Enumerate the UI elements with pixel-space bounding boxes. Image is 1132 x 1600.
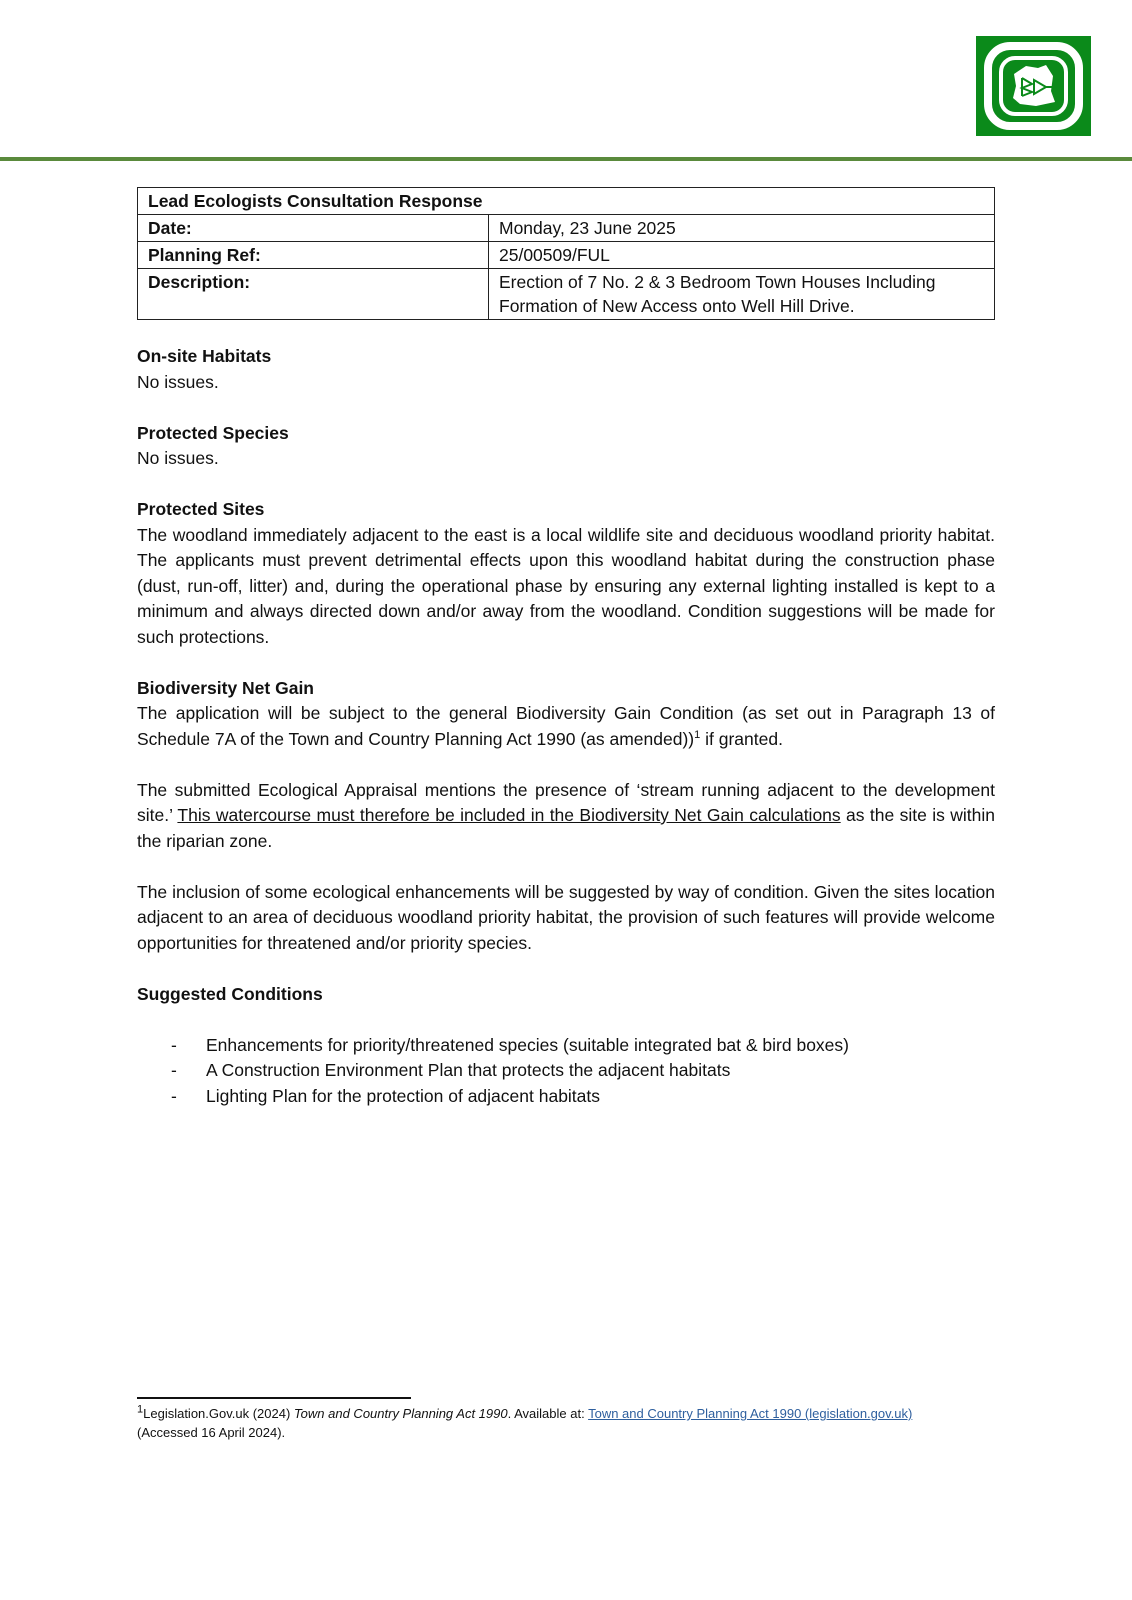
conditions-list: -Enhancements for priority/threatened sp… (137, 1033, 995, 1110)
section-heading: On-site Habitats (137, 344, 995, 370)
bng-paragraph-3: The inclusion of some ecological enhance… (137, 880, 995, 957)
list-item: -A Construction Environment Plan that pr… (137, 1058, 995, 1084)
legislation-link[interactable]: Town and Country Planning Act 1990 (legi… (588, 1406, 912, 1421)
list-item: -Enhancements for priority/threatened sp… (137, 1033, 995, 1059)
planning-ref-value: 25/00509/FUL (489, 242, 995, 269)
section-heading: Protected Species (137, 421, 995, 447)
date-value: Monday, 23 June 2025 (489, 215, 995, 242)
bng-p2-emphasis: This watercourse must therefore be inclu… (177, 805, 840, 825)
planning-ref-label: Planning Ref: (138, 242, 489, 269)
section-text: No issues. (137, 370, 995, 396)
section-protected-species: Protected Species No issues. (137, 421, 995, 472)
dash-bullet-icon: - (171, 1084, 177, 1110)
condition-text: A Construction Environment Plan that pro… (206, 1060, 730, 1080)
list-item: -Lighting Plan for the protection of adj… (137, 1084, 995, 1110)
bng-p1-end: if granted. (700, 729, 783, 749)
bng-p1-text: The application will be subject to the g… (137, 703, 995, 749)
footnote-available: . Available at: (508, 1406, 588, 1421)
table-title: Lead Ecologists Consultation Response (138, 188, 995, 215)
section-text: No issues. (137, 446, 995, 472)
footnote-line-1: 1Legislation.Gov.uk (2024) Town and Coun… (137, 1404, 995, 1423)
council-logo (976, 36, 1091, 136)
table-row: Date: Monday, 23 June 2025 (138, 215, 995, 242)
bng-paragraph-1: The application will be subject to the g… (137, 701, 995, 752)
dash-bullet-icon: - (171, 1058, 177, 1084)
condition-text: Enhancements for priority/threatened spe… (206, 1035, 849, 1055)
description-label: Description: (138, 269, 489, 320)
section-suggested-conditions: Suggested Conditions -Enhancements for p… (137, 982, 995, 1110)
table-row: Planning Ref: 25/00509/FUL (138, 242, 995, 269)
document-body: On-site Habitats No issues. Protected Sp… (137, 344, 995, 1135)
date-label: Date: (138, 215, 489, 242)
section-heading: Suggested Conditions (137, 982, 995, 1008)
footnote: 1Legislation.Gov.uk (2024) Town and Coun… (137, 1404, 995, 1442)
footnote-accessed: (Accessed 16 April 2024). (137, 1423, 995, 1442)
footnote-title: Town and Country Planning Act 1990 (294, 1406, 508, 1421)
section-biodiversity-net-gain: Biodiversity Net Gain The application wi… (137, 676, 995, 957)
footnote-separator (137, 1397, 411, 1399)
council-crest-logo-icon (976, 36, 1091, 136)
section-onsite-habitats: On-site Habitats No issues. (137, 344, 995, 395)
section-protected-sites: Protected Sites The woodland immediately… (137, 497, 995, 650)
section-heading: Biodiversity Net Gain (137, 676, 995, 702)
section-heading: Protected Sites (137, 497, 995, 523)
consultation-info-table: Lead Ecologists Consultation Response Da… (137, 187, 995, 320)
bng-paragraph-2: The submitted Ecological Appraisal menti… (137, 778, 995, 855)
condition-text: Lighting Plan for the protection of adja… (206, 1086, 600, 1106)
table-row: Description: Erection of 7 No. 2 & 3 Bed… (138, 269, 995, 320)
dash-bullet-icon: - (171, 1033, 177, 1059)
section-text: The woodland immediately adjacent to the… (137, 523, 995, 651)
footnote-source: Legislation.Gov.uk (2024) (143, 1406, 294, 1421)
description-value: Erection of 7 No. 2 & 3 Bedroom Town Hou… (489, 269, 995, 320)
header-divider (0, 157, 1132, 161)
